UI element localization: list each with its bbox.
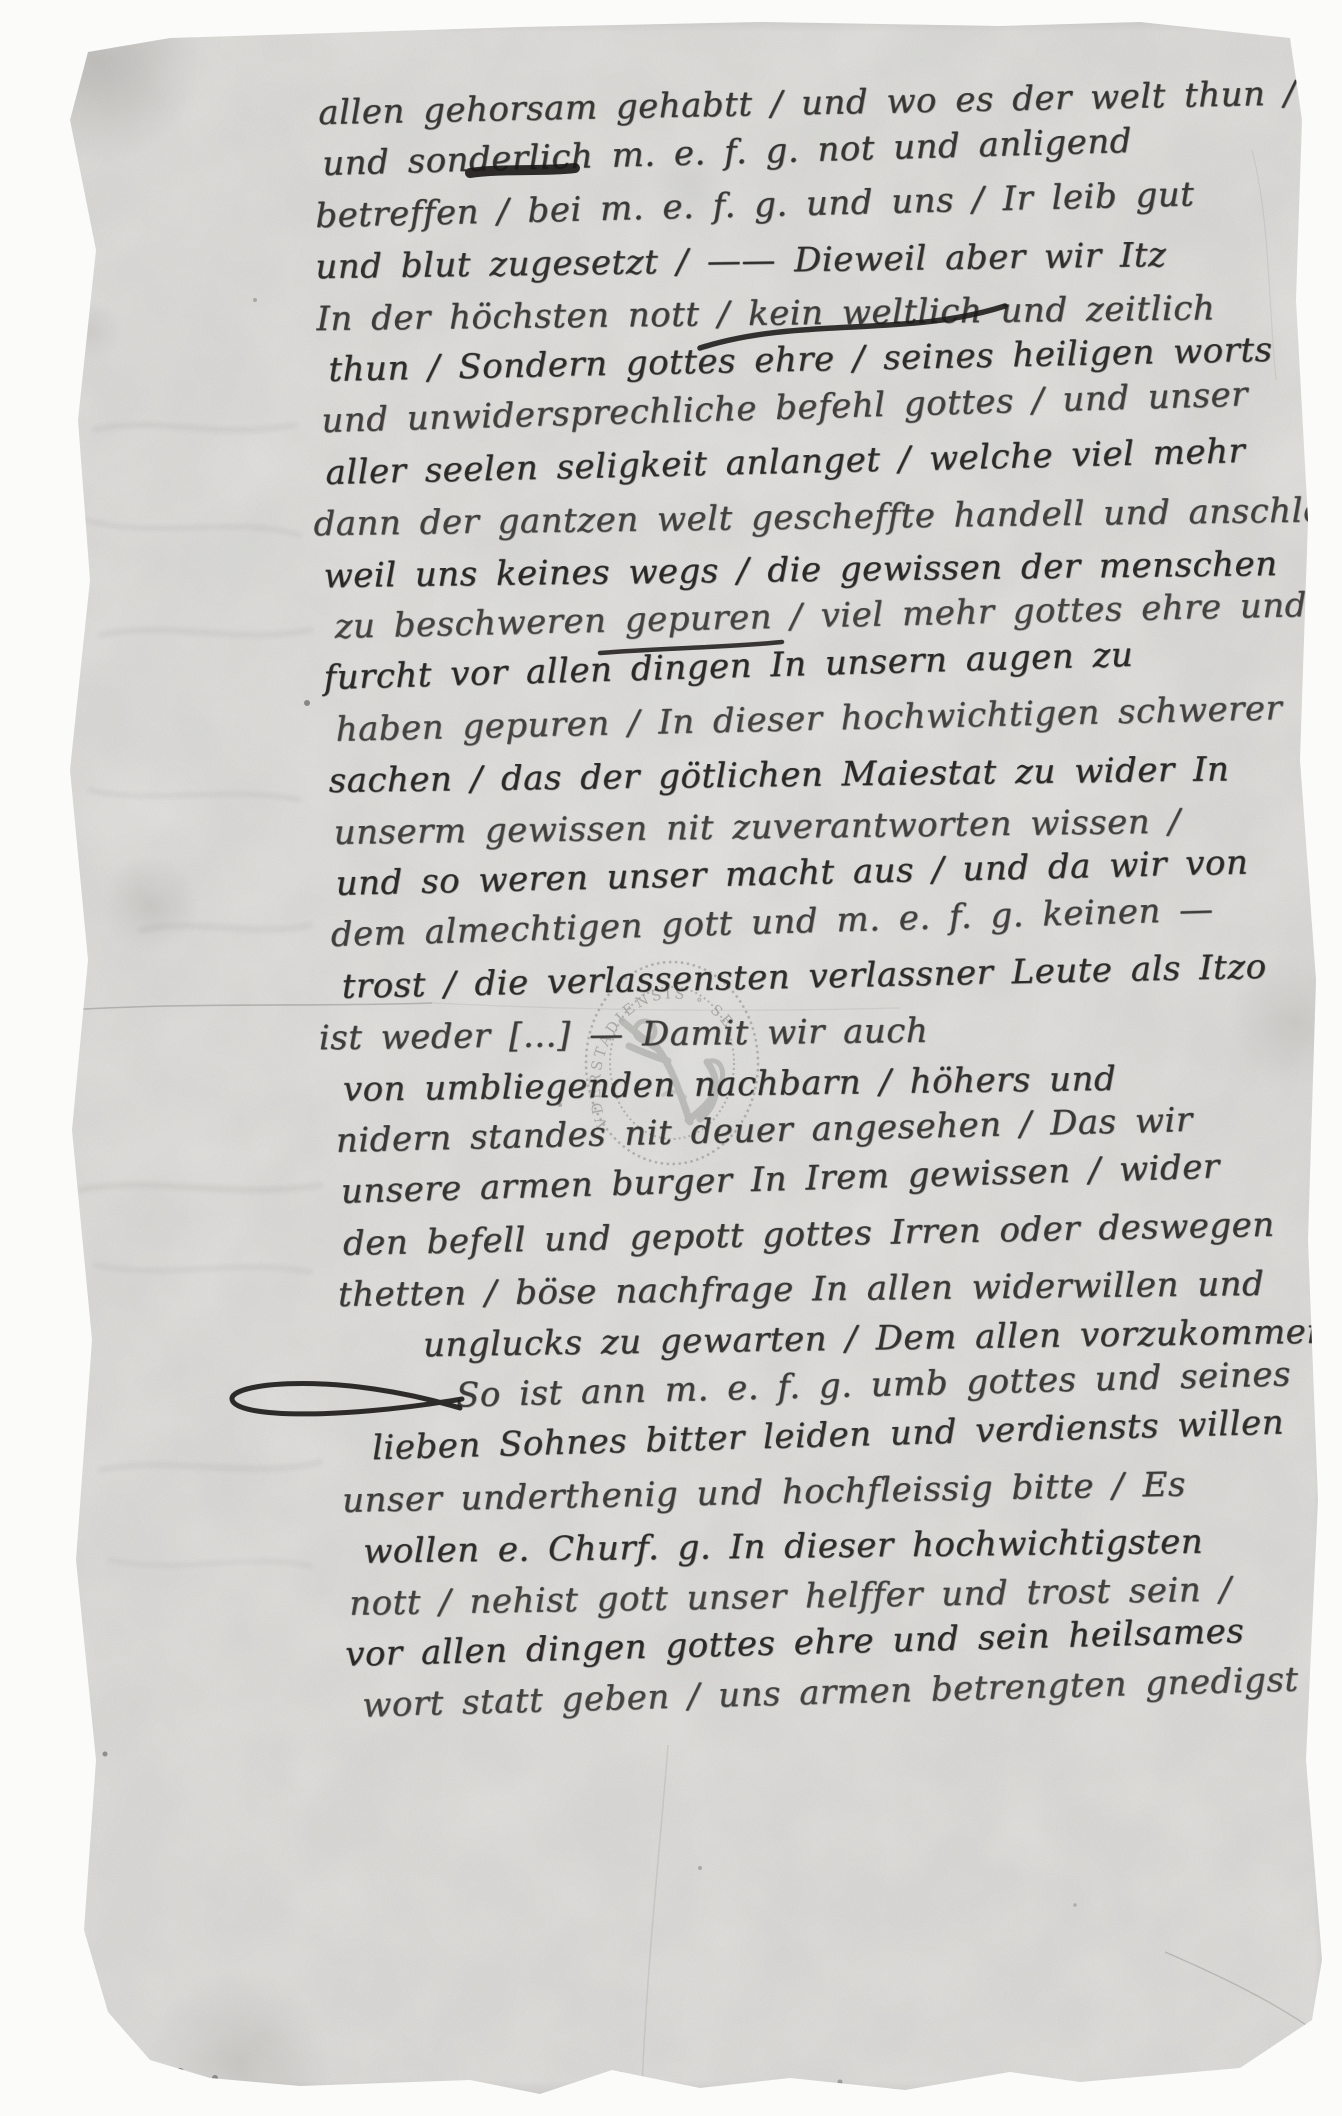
manuscript-line: dem almechtigen gott und m. e. f. g. kei… <box>330 893 1214 954</box>
manuscript-line: zu beschweren gepuren / viel mehr gottes… <box>334 588 1307 645</box>
manuscript-line: unsere armen burger In Irem gewissen / w… <box>340 1150 1220 1211</box>
manuscript-line: haben gepuren / In dieser hochwichtigen … <box>335 691 1282 748</box>
manuscript-line: von umbliegenden nachbarn / höhers und <box>343 1061 1117 1108</box>
manuscript-line: unserm gewissen nit zuverantworten wisse… <box>333 804 1180 851</box>
scan-background: VDERSTADIENSIS ∘ SE allen gehorsam gehab… <box>0 0 1342 2116</box>
manuscript-line: In der höchsten nott / kein weltlich und… <box>316 291 1215 338</box>
manuscript-line: furcht vor allen dingen In unsern augen … <box>323 638 1134 697</box>
manuscript-line: und blut zugesetzt / —— Dieweil aber wir… <box>315 238 1166 286</box>
manuscript-line: aller seelen seligkeit anlanget / welche… <box>325 434 1246 492</box>
manuscript-line: wort statt geben / uns armen betrengten … <box>362 1663 1299 1725</box>
manuscript-line: sachen / das der götlichen Maiestat zu w… <box>328 753 1229 800</box>
manuscript-line: unser underthenig und hochfleissig bitte… <box>342 1467 1186 1519</box>
manuscript-line: lieben Sohnes bitter leiden und verdiens… <box>372 1406 1285 1467</box>
manuscript-line: allen gehorsam gehabtt / und wo es der w… <box>318 76 1296 131</box>
manuscript-line: betreffen / bei m. e. f. g. und uns / Ir… <box>315 177 1195 234</box>
manuscript-line: und unwidersprechliche befehl gottes / u… <box>321 378 1248 440</box>
handwriting-block: allen gehorsam gehabtt / und wo es der w… <box>0 0 1342 2116</box>
manuscript-line: ist weder […] — Damit wir auch <box>319 1014 929 1057</box>
manuscript-line: und sonderlich m. e. f. g. not und anlig… <box>321 124 1132 183</box>
manuscript-line: dann der gantzen welt gescheffte handell… <box>313 493 1342 543</box>
manuscript-line: trost / die verlassensten verlassner Leu… <box>341 950 1267 1006</box>
manuscript-line: den befell und gepott gottes Irren oder … <box>342 1208 1274 1263</box>
manuscript-line: weil uns keines wegs / die gewissen der … <box>323 547 1277 595</box>
manuscript-page: VDERSTADIENSIS ∘ SE allen gehorsam gehab… <box>0 0 1342 2116</box>
manuscript-line: thetten / böse nachfrage In allen widerw… <box>338 1267 1265 1314</box>
manuscript-line: wollen e. Churf. g. In dieser hochwichti… <box>363 1525 1203 1570</box>
